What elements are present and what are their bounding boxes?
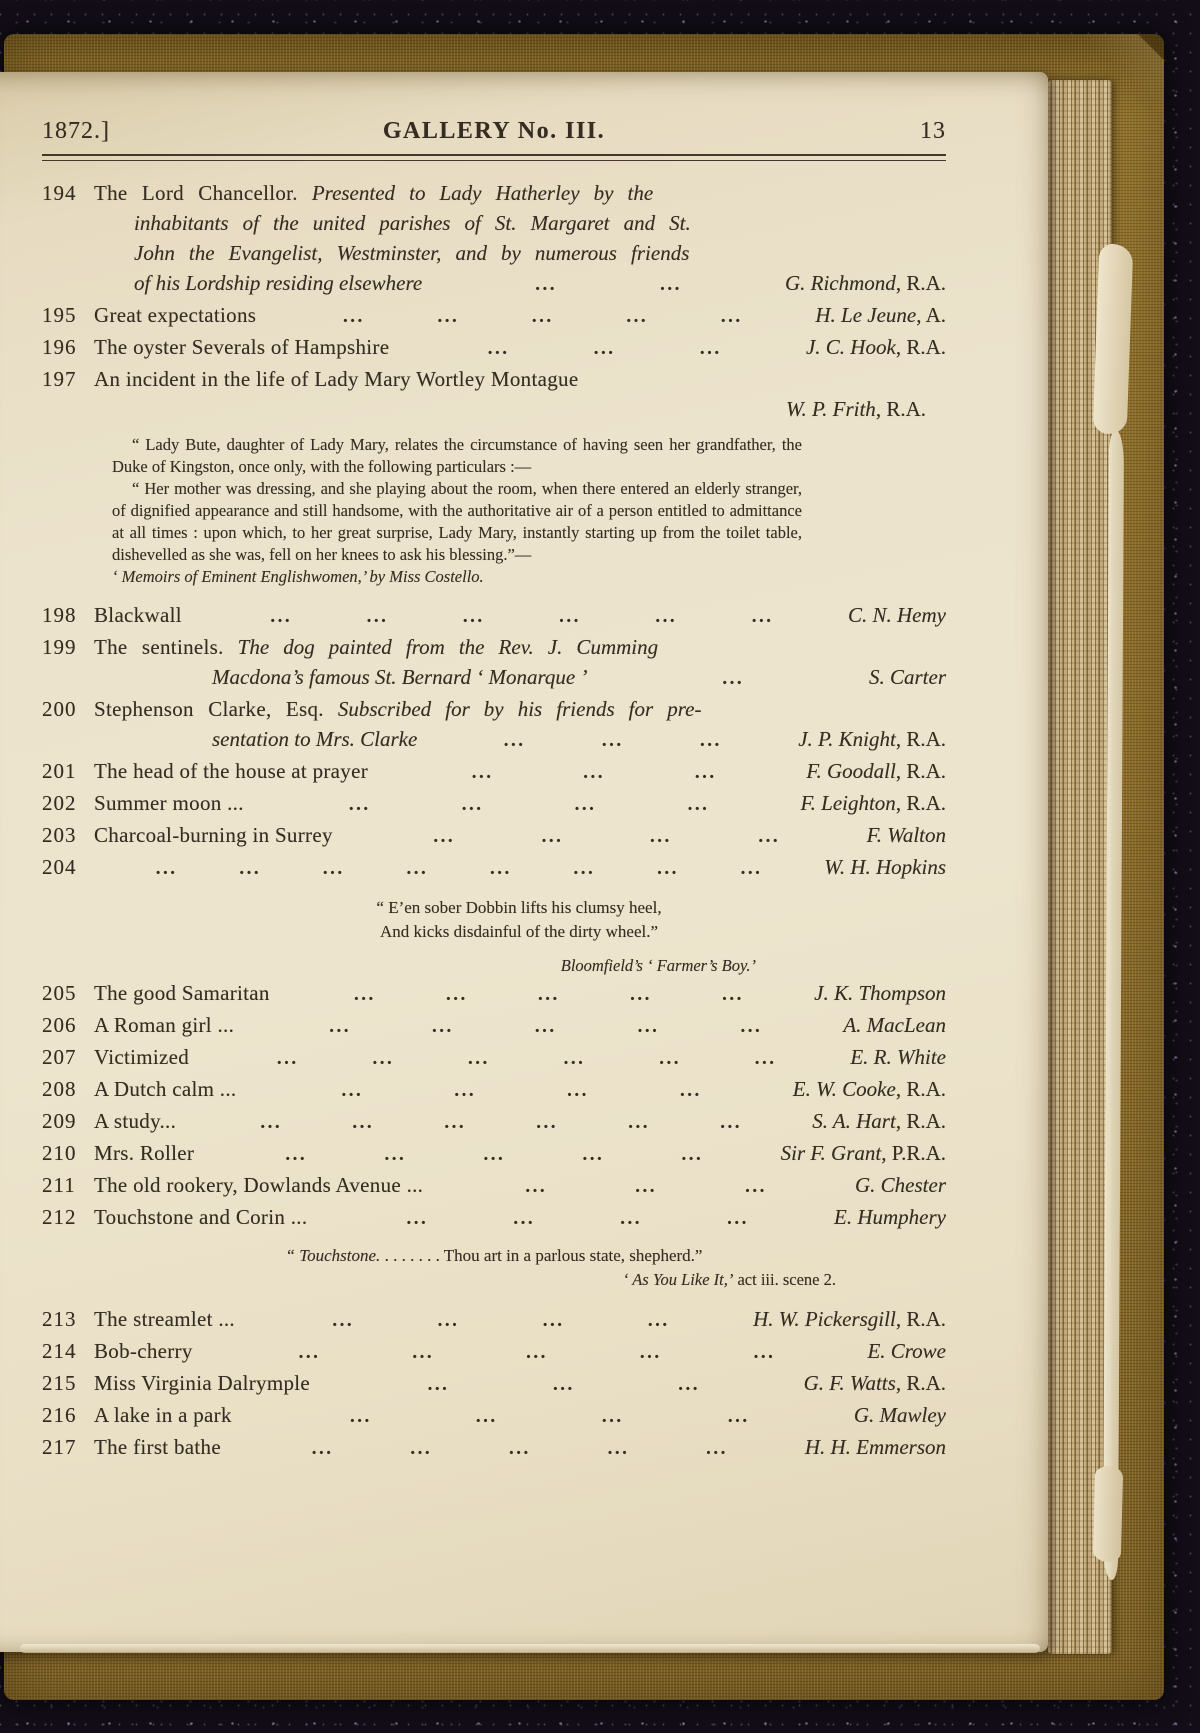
artist-honorific: , R.A. — [896, 724, 946, 754]
leader-dots: ... — [682, 1140, 704, 1170]
catalogue-entry-203: 203Charcoal-burning in Surrey...........… — [42, 820, 946, 852]
entry-title: The old rookery, Dowlands Avenue ... — [94, 1170, 437, 1200]
leader-dots: ... — [594, 334, 616, 364]
leader-dots: ... — [504, 726, 526, 756]
artist-name: A. MacLean — [843, 1010, 946, 1040]
leader-dots: ... — [156, 854, 178, 884]
leader-dots: ... — [285, 1140, 307, 1170]
leader-dots: ... — [349, 790, 371, 820]
leader-dots: ... — [463, 602, 485, 632]
leader-dots: ... — [384, 1140, 406, 1170]
leader-dots: ... — [332, 1306, 354, 1336]
entry-title: Great expectations — [94, 300, 270, 330]
catalogue-entry-204: 204........................W. H. Hopkins — [42, 852, 946, 884]
catalogue-entry-217: 217The first bathe...............H. H. E… — [42, 1432, 946, 1464]
leader-dots: ... — [660, 270, 682, 300]
dot-leader: ......... — [403, 334, 806, 364]
leader-dots: ... — [412, 1338, 434, 1368]
artist-name: H. H. Emmerson — [805, 1432, 946, 1462]
entry-row: 206A Roman girl ..................A. Mac… — [42, 1010, 946, 1042]
artist-name: E. Crowe — [867, 1336, 946, 1366]
entry-row: 203Charcoal-burning in Surrey...........… — [42, 820, 946, 852]
artist-name: F. Leighton — [801, 788, 896, 818]
artist-name: E. R. White — [850, 1042, 946, 1072]
entry-row: 204........................W. H. Hopkins — [42, 852, 946, 884]
leader-dots: ... — [350, 1402, 372, 1432]
entry-row: 197An incident in the life of Lady Mary … — [42, 364, 946, 394]
entry-row: 194The Lord Chancellor.Presented to Lady… — [42, 178, 946, 208]
entry-number: 194 — [42, 178, 94, 208]
catalogue-entry-206: 206A Roman girl ..................A. Mac… — [42, 1010, 946, 1042]
photo-scene: 1872.] GALLERY No. III. 13 194The Lord C… — [0, 0, 1200, 1733]
leader-dots: ... — [323, 854, 345, 884]
leader-dots: ... — [535, 270, 557, 300]
entry-number: 214 — [42, 1336, 94, 1366]
entry-title: A lake in a park — [94, 1400, 246, 1430]
catalogue-entry-194: 194The Lord Chancellor.Presented to Lady… — [42, 178, 946, 300]
leader-dots: ... — [352, 1108, 374, 1138]
entry-title: The oyster Severals of Hampshire — [94, 332, 403, 362]
leader-dots: ... — [432, 1012, 454, 1042]
dot-leader: ............... — [235, 1434, 805, 1464]
header-rule — [42, 154, 946, 161]
dot-leader: ............... — [270, 302, 815, 332]
entry-row: 195Great expectations...............H. L… — [42, 300, 946, 332]
dot-leader: .................. — [203, 1044, 850, 1074]
leader-dots: ... — [659, 1044, 681, 1074]
artist-name: J. K. Thompson — [814, 978, 946, 1008]
entry-subtitle: Presented to Lady Hatherley by the — [312, 178, 663, 208]
entry-number: 201 — [42, 756, 94, 786]
catalogue-entry-200: 200Stephenson Clarke, Esq.Subscribed for… — [42, 694, 946, 756]
artist-honorific: , R.A. — [896, 332, 946, 362]
leader-dots: ... — [446, 980, 468, 1010]
leader-dots: ... — [638, 1012, 660, 1042]
leader-dots: ... — [564, 1044, 586, 1074]
dot-leader: .................. — [196, 602, 848, 632]
entry-number: 205 — [42, 978, 94, 1008]
dot-leader: ......... — [382, 758, 806, 788]
page-number: 13 — [776, 118, 946, 145]
entry-row: 217The first bathe...............H. H. E… — [42, 1432, 946, 1464]
leader-dots: ... — [538, 980, 560, 1010]
catalogue-entry-210: 210Mrs. Roller...............Sir F. Gran… — [42, 1138, 946, 1170]
artist-name: W. H. Hopkins — [824, 852, 946, 882]
leader-dots: ... — [406, 854, 428, 884]
artist-name: G. Richmond — [785, 268, 896, 298]
artist-name: H. W. Pickersgill — [753, 1304, 896, 1334]
entry-number: 203 — [42, 820, 94, 850]
entry-number: 196 — [42, 332, 94, 362]
artist-honorific: , R.A. — [876, 394, 926, 424]
artist-honorific: , R.A. — [896, 268, 946, 298]
entry-row: 198Blackwall..................C. N. Hemy — [42, 600, 946, 632]
dot-leader: ... — [597, 664, 869, 694]
catalogue-entry-202: 202Summer moon ...............F. Leighto… — [42, 788, 946, 820]
leader-dots: ... — [655, 602, 677, 632]
leader-dots: ... — [755, 1044, 777, 1074]
entry-title: Touchstone and Corin ... — [94, 1202, 321, 1232]
dot-leader: ............ — [347, 822, 867, 852]
entry-number: 213 — [42, 1304, 94, 1334]
artist-name: E. Humphery — [834, 1202, 946, 1232]
artist-honorific: , R.A. — [896, 1106, 946, 1136]
artist-name: J. P. Knight — [798, 724, 896, 754]
leader-dots: ... — [602, 1402, 624, 1432]
leader-dots: ... — [626, 302, 648, 332]
entry-number: 217 — [42, 1432, 94, 1462]
entry-title: The Lord Chancellor. — [94, 178, 312, 208]
dot-leader: ......... — [427, 726, 798, 756]
leader-dots: ... — [513, 1204, 535, 1234]
entry-row: 216A lake in a park............G. Mawley — [42, 1400, 946, 1432]
catalogue-entry-207: 207Victimized..................E. R. Whi… — [42, 1042, 946, 1074]
leader-dots: ... — [688, 790, 710, 820]
artist-honorific: , A. — [916, 300, 946, 330]
leader-dots: ... — [532, 302, 554, 332]
leader-dots: ... — [428, 1370, 450, 1400]
catalogue-entry-212: 212Touchstone and Corin ...............E… — [42, 1202, 946, 1234]
entry-number: 197 — [42, 364, 94, 394]
entry-subtitle: of his Lordship residing elsewhere — [134, 268, 432, 298]
artist-honorific: , P.R.A. — [881, 1138, 946, 1168]
leader-dots: ... — [483, 1140, 505, 1170]
leader-dots: ... — [372, 1044, 394, 1074]
entry-title: The head of the house at prayer — [94, 756, 382, 786]
running-header: 1872.] GALLERY No. III. 13 — [42, 118, 946, 145]
leader-dots: ... — [559, 602, 581, 632]
entry-subtitle: Macdona’s famous St. Bernard ‘ Monarque … — [212, 662, 597, 692]
leader-dots: ... — [740, 1012, 762, 1042]
leader-dots: ... — [490, 854, 512, 884]
leader-dots: ... — [277, 1044, 299, 1074]
leader-dots: ... — [680, 1076, 702, 1106]
leader-dots: ... — [367, 602, 389, 632]
leader-dots: ... — [620, 1204, 642, 1234]
leader-dots: ... — [535, 1012, 557, 1042]
verse-line: And kicks disdainful of the dirty wheel.… — [92, 920, 946, 944]
leader-dots: ... — [745, 1172, 767, 1202]
leader-dots: ... — [678, 1370, 700, 1400]
artist-name: H. Le Jeune — [815, 300, 916, 330]
quote-attribution: ‘ As You Like It,’ act iii. scene 2. — [42, 1268, 946, 1292]
entry-row: 213The streamlet ...............H. W. Pi… — [42, 1304, 946, 1336]
leader-dots: ... — [754, 1338, 776, 1368]
entry-title: The sentinels. — [94, 632, 238, 662]
leader-dots: ... — [583, 758, 605, 788]
artist-name: Sir F. Grant — [781, 1138, 882, 1168]
entry-row: Macdona’s famous St. Bernard ‘ Monarque … — [42, 662, 946, 694]
catalogue-note: “ Lady Bute, daughter of Lady Mary, rela… — [112, 434, 802, 588]
leader-dots: ... — [722, 980, 744, 1010]
leader-dots: ... — [727, 1204, 749, 1234]
entry-title: A Dutch calm ... — [94, 1074, 250, 1104]
entry-number: 195 — [42, 300, 94, 330]
catalogue-entry-197: 197An incident in the life of Lady Mary … — [42, 364, 946, 424]
verse-line: “ E’en sober Dobbin lifts his clumsy hee… — [92, 896, 946, 920]
leader-dots: ... — [438, 1306, 460, 1336]
page-title: GALLERY No. III. — [212, 118, 776, 145]
catalogue-entry-211: 211The old rookery, Dowlands Avenue ....… — [42, 1170, 946, 1202]
entry-number: 204 — [42, 852, 94, 882]
dot-leader: ............... — [248, 1012, 843, 1042]
leader-dots: ... — [543, 1306, 565, 1336]
entry-row: inhabitants of the united parishes of St… — [42, 208, 946, 238]
entry-row: sentation to Mrs. Clarke.........J. P. K… — [42, 724, 946, 756]
leader-dots: ... — [640, 1338, 662, 1368]
entry-row: 200Stephenson Clarke, Esq.Subscribed for… — [42, 694, 946, 724]
leader-dots: ... — [433, 822, 455, 852]
leader-dots: ... — [444, 1108, 466, 1138]
artist-name: J. C. Hook — [806, 332, 896, 362]
entry-number: 206 — [42, 1010, 94, 1040]
artist-honorific: , R.A. — [896, 1304, 946, 1334]
entry-title: Summer moon ... — [94, 788, 258, 818]
artist-name: G. Mawley — [854, 1400, 946, 1430]
leader-dots: ... — [312, 1434, 334, 1464]
entry-row: 208A Dutch calm ...............E. W. Coo… — [42, 1074, 946, 1106]
leader-dots: ... — [526, 1338, 548, 1368]
entry-number: 216 — [42, 1400, 94, 1430]
entry-number: 210 — [42, 1138, 94, 1168]
verse-quotation: “ E’en sober Dobbin lifts his clumsy hee… — [42, 896, 946, 944]
leader-dots: ... — [648, 1306, 670, 1336]
dot-leader: ...... — [432, 270, 785, 300]
catalogue-entry-213: 213The streamlet ...............H. W. Pi… — [42, 1304, 946, 1336]
dot-leader: ......... — [324, 1370, 804, 1400]
entry-title: Stephenson Clarke, Esq. — [94, 694, 338, 724]
catalogue-entry-201: 201The head of the house at prayer......… — [42, 756, 946, 788]
artist-name: G. F. Watts — [804, 1368, 896, 1398]
note-citation: ‘ Memoirs of Eminent Englishwomen,’ by M… — [112, 566, 802, 588]
entry-title: A study... — [94, 1106, 190, 1136]
leader-dots: ... — [700, 726, 722, 756]
leader-dots: ... — [575, 790, 597, 820]
leader-dots: ... — [706, 1434, 728, 1464]
leader-dots: ... — [509, 1434, 531, 1464]
leader-dots: ... — [343, 302, 365, 332]
leader-dots: ... — [657, 854, 679, 884]
entry-number: 208 — [42, 1074, 94, 1104]
artist-honorific: , R.A. — [896, 788, 946, 818]
entry-number: 211 — [42, 1170, 94, 1200]
entry-title: The first bathe — [94, 1432, 235, 1462]
leader-dots: ... — [553, 1370, 575, 1400]
catalogue-entries: 194The Lord Chancellor.Presented to Lady… — [42, 178, 946, 1464]
artist-name: F. Goodall — [806, 756, 895, 786]
entry-title: A Roman girl ... — [94, 1010, 248, 1040]
entry-row: of his Lordship residing elsewhere......… — [42, 268, 946, 300]
leader-dots: ... — [462, 790, 484, 820]
leader-dots: ... — [476, 1402, 498, 1432]
leader-dots: ... — [635, 1172, 657, 1202]
dot-leader: ............ — [250, 1076, 792, 1106]
entry-row: 196The oyster Severals of Hampshire.....… — [42, 332, 946, 364]
leader-dots: ... — [695, 758, 717, 788]
artist-name: E. W. Cooke — [793, 1074, 896, 1104]
entry-row: 207Victimized..................E. R. Whi… — [42, 1042, 946, 1074]
entry-title: Bob-cherry — [94, 1336, 207, 1366]
quote-source-title: ‘ As You Like It,’ — [623, 1270, 733, 1289]
entry-row: 211The old rookery, Dowlands Avenue ....… — [42, 1170, 946, 1202]
entry-title: Mrs. Roller — [94, 1138, 208, 1168]
entry-title: An incident in the life of Lady Mary Wor… — [94, 364, 592, 394]
leader-dots: ... — [741, 854, 763, 884]
entry-row: 205The good Samaritan...............J. K… — [42, 978, 946, 1010]
entry-number: 207 — [42, 1042, 94, 1072]
leader-dots: ... — [608, 1434, 630, 1464]
page-content: 1872.] GALLERY No. III. 13 194The Lord C… — [42, 118, 946, 1464]
leader-dots: ... — [630, 980, 652, 1010]
entry-title: Blackwall — [94, 600, 196, 630]
torn-page-flap — [1093, 1466, 1124, 1563]
entry-number: 200 — [42, 694, 94, 724]
entry-number: 212 — [42, 1202, 94, 1232]
leader-dots: ... — [720, 1108, 742, 1138]
leader-dots: ... — [567, 1076, 589, 1106]
leader-dots: ... — [354, 980, 376, 1010]
artist-name: S. Carter — [869, 662, 946, 692]
artist-name: C. N. Hemy — [848, 600, 946, 630]
catalogue-entry-199: 199The sentinels.The dog painted from th… — [42, 632, 946, 694]
quote-source-detail: act iii. scene 2. — [733, 1270, 836, 1289]
leader-dots: ... — [728, 1402, 750, 1432]
leader-dots: ... — [650, 822, 672, 852]
quote-ellipsis: . . . . . . . — [380, 1246, 443, 1265]
entry-number: 198 — [42, 600, 94, 630]
entry-number: 209 — [42, 1106, 94, 1136]
leader-dots: ... — [437, 302, 459, 332]
leader-dots: ... — [721, 302, 743, 332]
leader-dots: ... — [342, 1076, 364, 1106]
dot-leader: ......... — [437, 1172, 855, 1202]
page-bottom-edge — [20, 1644, 1040, 1653]
entry-title: The streamlet ... — [94, 1304, 249, 1334]
artist-name: G. Chester — [855, 1170, 946, 1200]
quote-speaker: “ Touchstone. — [286, 1246, 381, 1265]
entry-row: 209A study.....................S. A. Har… — [42, 1106, 946, 1138]
leader-dots: ... — [536, 1108, 558, 1138]
leader-dots: ... — [574, 854, 596, 884]
leader-dots: ... — [525, 1172, 547, 1202]
note-paragraph: “ Her mother was dressing, and she playi… — [112, 478, 802, 588]
header-year: 1872.] — [42, 118, 212, 145]
torn-page-flap — [1093, 243, 1134, 434]
verse-attribution: Bloomfield’s ‘ Farmer’s Boy.’ — [42, 954, 946, 978]
catalogue-entry-195: 195Great expectations...............H. L… — [42, 300, 946, 332]
entry-number: 215 — [42, 1368, 94, 1398]
entry-title: Charcoal-burning in Surrey — [94, 820, 347, 850]
entry-row: 212Touchstone and Corin ...............E… — [42, 1202, 946, 1234]
leader-dots: ... — [260, 1108, 282, 1138]
catalogue-entry-196: 196The oyster Severals of Hampshire.....… — [42, 332, 946, 364]
leader-dots: ... — [722, 664, 744, 694]
entry-subtitle: The dog painted from the Rev. J. Cumming — [238, 632, 668, 662]
note-paragraph: “ Lady Bute, daughter of Lady Mary, rela… — [112, 434, 802, 478]
entry-subtitle: sentation to Mrs. Clarke — [212, 724, 427, 754]
leader-dots: ... — [270, 602, 292, 632]
leader-dots: ... — [454, 1076, 476, 1106]
artist-honorific: , R.A. — [896, 756, 946, 786]
entry-title: The good Samaritan — [94, 978, 284, 1008]
entry-row: John the Evangelist, Westminster, and by… — [42, 238, 946, 268]
leader-dots: ... — [329, 1012, 351, 1042]
catalogue-entry-198: 198Blackwall..................C. N. Hemy — [42, 600, 946, 632]
dot-leader: .................. — [190, 1108, 812, 1138]
dot-leader: ............ — [246, 1402, 854, 1432]
dot-leader: ............... — [284, 980, 814, 1010]
dot-leader: ............ — [249, 1306, 753, 1336]
artist-name: F. Walton — [867, 820, 946, 850]
quote-text: Thou art in a parlous state, shepherd.” — [444, 1246, 703, 1265]
entry-subtitle: Subscribed for by his friends for pre- — [338, 694, 712, 724]
dot-leader: ............ — [321, 1204, 834, 1234]
catalogue-entry-216: 216A lake in a park............G. Mawley — [42, 1400, 946, 1432]
catalogue-entry-215: 215Miss Virginia Dalrymple.........G. F.… — [42, 1368, 946, 1400]
entry-row: 199The sentinels.The dog painted from th… — [42, 632, 946, 662]
artist-honorific: , R.A. — [896, 1074, 946, 1104]
leader-dots: ... — [468, 1044, 490, 1074]
catalogue-entry-214: 214Bob-cherry...............E. Crowe — [42, 1336, 946, 1368]
entry-row: 202Summer moon ...............F. Leighto… — [42, 788, 946, 820]
leader-dots: ... — [542, 822, 564, 852]
leader-dots: ... — [628, 1108, 650, 1138]
leader-dots: ... — [299, 1338, 321, 1368]
entry-row: W. P. Frith, R.A. — [42, 394, 946, 424]
entry-row: 214Bob-cherry...............E. Crowe — [42, 1336, 946, 1368]
entry-subtitle: John the Evangelist, Westminster, and by… — [134, 238, 699, 268]
catalogue-entry-208: 208A Dutch calm ...............E. W. Coo… — [42, 1074, 946, 1106]
entry-subtitle: inhabitants of the united parishes of St… — [134, 208, 701, 238]
leader-dots: ... — [752, 602, 774, 632]
catalogue-entry-209: 209A study.....................S. A. Har… — [42, 1106, 946, 1138]
leader-dots: ... — [700, 334, 722, 364]
catalogue-entry-205: 205The good Samaritan...............J. K… — [42, 978, 946, 1010]
leader-dots: ... — [758, 822, 780, 852]
dot-leader: ............ — [258, 790, 801, 820]
entry-title: Miss Virginia Dalrymple — [94, 1368, 324, 1398]
entry-row: 210Mrs. Roller...............Sir F. Gran… — [42, 1138, 946, 1170]
artist-honorific: , R.A. — [896, 1368, 946, 1398]
dot-leader: ............... — [208, 1140, 781, 1170]
leader-dots: ... — [410, 1434, 432, 1464]
entry-number: 199 — [42, 632, 94, 662]
dot-leader: ........................ — [94, 854, 824, 884]
dot-leader: ............... — [207, 1338, 868, 1368]
play-quotation: “ Touchstone. . . . . . . . Thou art in … — [42, 1244, 946, 1292]
leader-dots: ... — [488, 334, 510, 364]
leader-dots: ... — [239, 854, 261, 884]
entry-title: Victimized — [94, 1042, 203, 1072]
leader-dots: ... — [407, 1204, 429, 1234]
leader-dots: ... — [583, 1140, 605, 1170]
entry-row: 215Miss Virginia Dalrymple.........G. F.… — [42, 1368, 946, 1400]
entry-row: 201The head of the house at prayer......… — [42, 756, 946, 788]
artist-name: W. P. Frith — [786, 394, 876, 424]
leader-dots: ... — [602, 726, 624, 756]
artist-name: S. A. Hart — [812, 1106, 896, 1136]
leader-dots: ... — [472, 758, 494, 788]
entry-number: 202 — [42, 788, 94, 818]
